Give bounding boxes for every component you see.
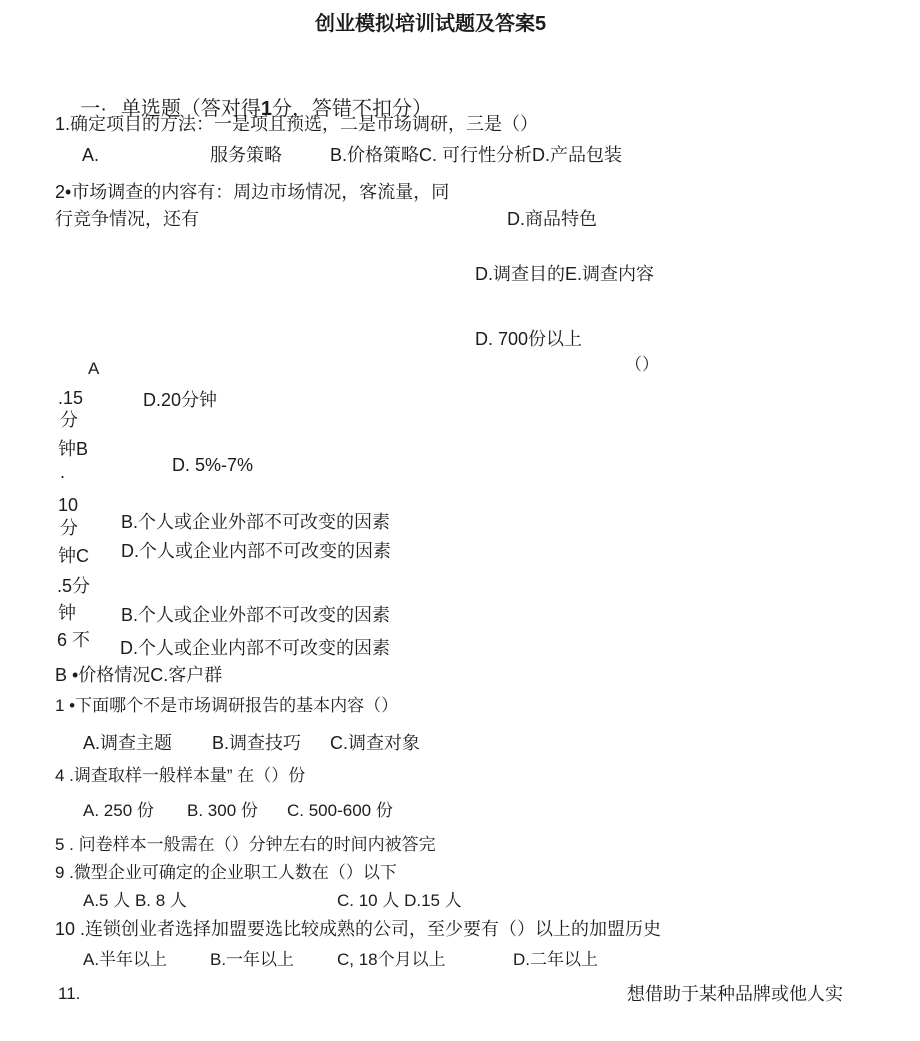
question-10-option-b: B.一年以上 [210, 950, 294, 970]
option-d-internal-factors-1: D.个人或企业内部不可改变的因素 [121, 541, 391, 562]
left-column-fragment: 10 [58, 495, 78, 516]
question-report-option-b: B.调查技巧 [212, 733, 301, 754]
question-10-option-d: D.二年以上 [513, 950, 598, 970]
document-page: 创业模拟培训试题及答案5 一·单选题（答对得1分，答错不扣分） 1.确定项目的方… [0, 0, 920, 1041]
question-2-option-d: D.商品特色 [507, 209, 597, 230]
empty-parentheses: （） [625, 355, 659, 375]
question-2-text-line1: 2•市场调查的内容有：周边市场情况，客流量，同 [55, 182, 449, 203]
question-11-number: 11. [58, 984, 80, 1004]
lone-letter-a: A [88, 359, 99, 379]
question-4-option-b: B. 300 份 [187, 801, 258, 821]
question-4-option-a: A. 250 份 [83, 801, 154, 821]
option-d-700-fragment: D. 700份以上 [475, 329, 582, 350]
option-d-internal-factors-2: D.个人或企业内部不可改变的因素 [120, 638, 390, 659]
option-b-external-factors-2: B.个人或企业外部不可改变的因素 [121, 605, 390, 626]
document-title: 创业模拟培训试题及答案5 [315, 13, 546, 36]
question-5-text: 5 . 问卷样本一般需在（）分钟左右的时间内被答完 [55, 835, 436, 855]
option-d-20min: D.20分钟 [143, 390, 217, 411]
left-column-fragment: 钟C [58, 546, 89, 567]
question-9-text: 9 .微型企业可确定的企业职工人数在（）以下 [55, 863, 397, 883]
question-9-options-cd: C. 10 人 D.15 人 [337, 891, 462, 911]
option-d-e-fragment: D.调查目的E.调查内容 [475, 264, 654, 285]
question-report-option-c: C.调查对象 [330, 733, 420, 754]
left-column-fragment: .15 [58, 388, 83, 409]
question-report-text: 1 •下面哪个不是市场调研报告的基本内容（） [55, 696, 398, 716]
question-10-text: 10 .连锁创业者选择加盟要选比较成熟的公司，至少要有（）以上的加盟历史 [55, 919, 661, 940]
left-column-fragment: .5分 [57, 576, 90, 597]
question-report-option-a: A.调查主题 [83, 733, 172, 754]
left-column-fragment: 分 [60, 518, 78, 539]
question-2-text-line2: 行竞争情况，还有 [55, 209, 199, 230]
question-10-option-c: C, 18个月以上 [337, 950, 446, 970]
question-10-option-a: A.半年以上 [83, 950, 167, 970]
question-4-option-c: C. 500-600 份 [287, 801, 393, 821]
question-4-text: 4 .调查取样一般样本量” 在（）份 [55, 766, 305, 786]
left-column-fragment: 钟 [58, 603, 76, 624]
option-d-5-7-percent: D. 5%-7% [172, 455, 253, 476]
question-9-options-ab: A.5 人 B. 8 人 [83, 891, 187, 911]
question-1-options-bcd: B.价格策略C. 可行性分析D.产品包装 [330, 145, 622, 166]
option-b-external-factors-1: B.个人或企业外部不可改变的因素 [121, 512, 390, 533]
left-column-fragment: 分 [60, 410, 78, 431]
question-1-option-a-label: A. [82, 145, 99, 166]
left-column-fragment: 6 不 [57, 630, 90, 651]
question-1-option-a-value: 服务策略 [210, 145, 282, 166]
left-column-fragment: . [60, 462, 65, 483]
left-column-fragment: 钟B [58, 439, 88, 460]
option-b-price-c-customers: B •价格情况C.客户群 [55, 665, 222, 686]
question-1-text: 1.确定项目的方法：一是项且预选，二是市场调研，三是（） [55, 114, 538, 135]
question-11-fragment: 想借助于某种品牌或他人实 [627, 984, 843, 1005]
